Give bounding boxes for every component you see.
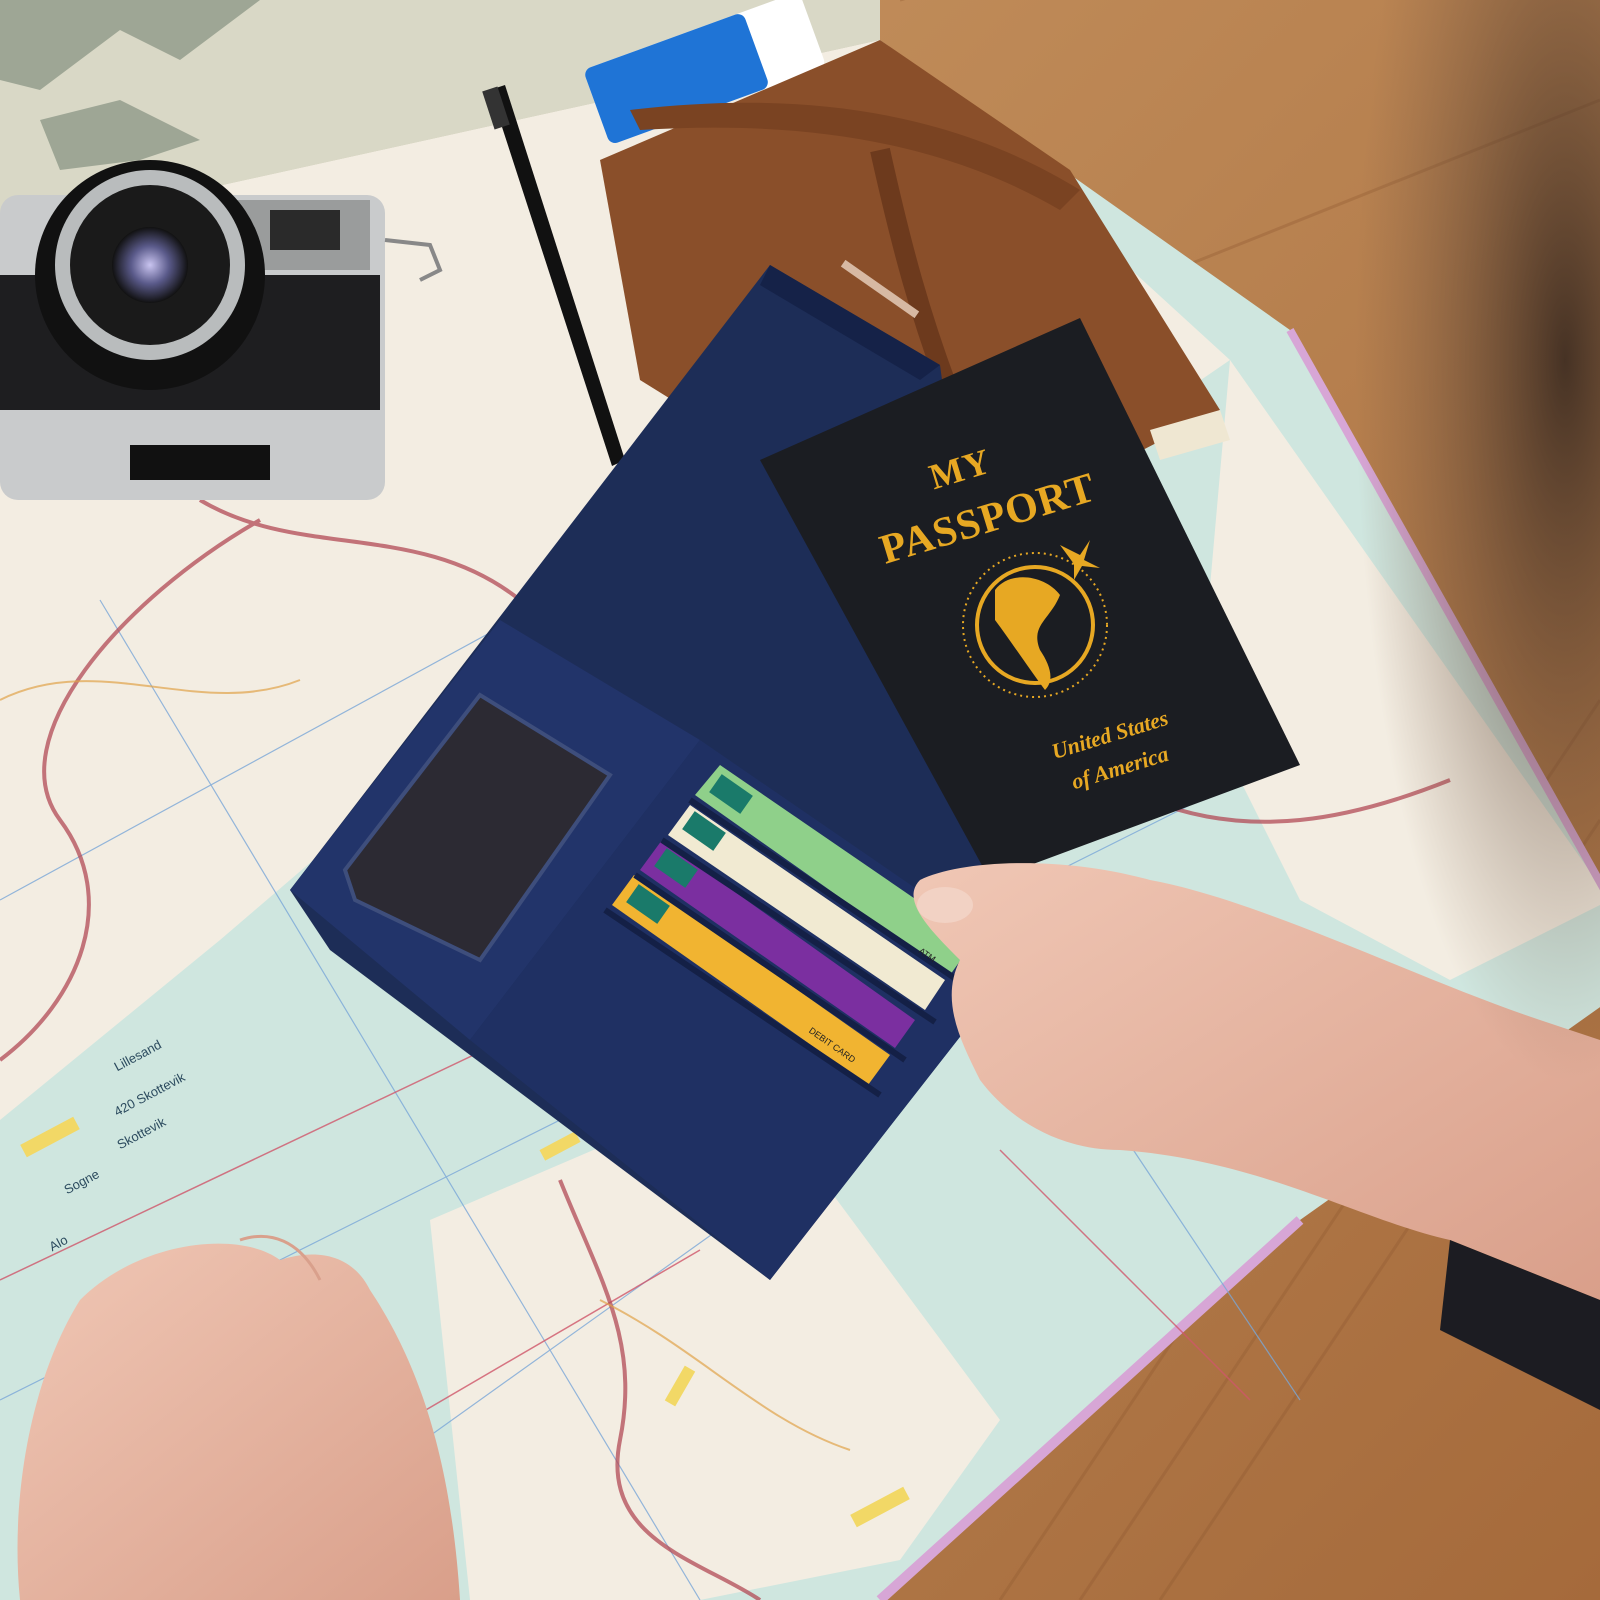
scene-illustration: [0, 0, 1600, 1600]
camera: [0, 160, 440, 500]
blurred-person: [1250, 0, 1600, 1200]
photo-scene: MY PASSPORT United States of America ATM…: [0, 0, 1600, 1600]
